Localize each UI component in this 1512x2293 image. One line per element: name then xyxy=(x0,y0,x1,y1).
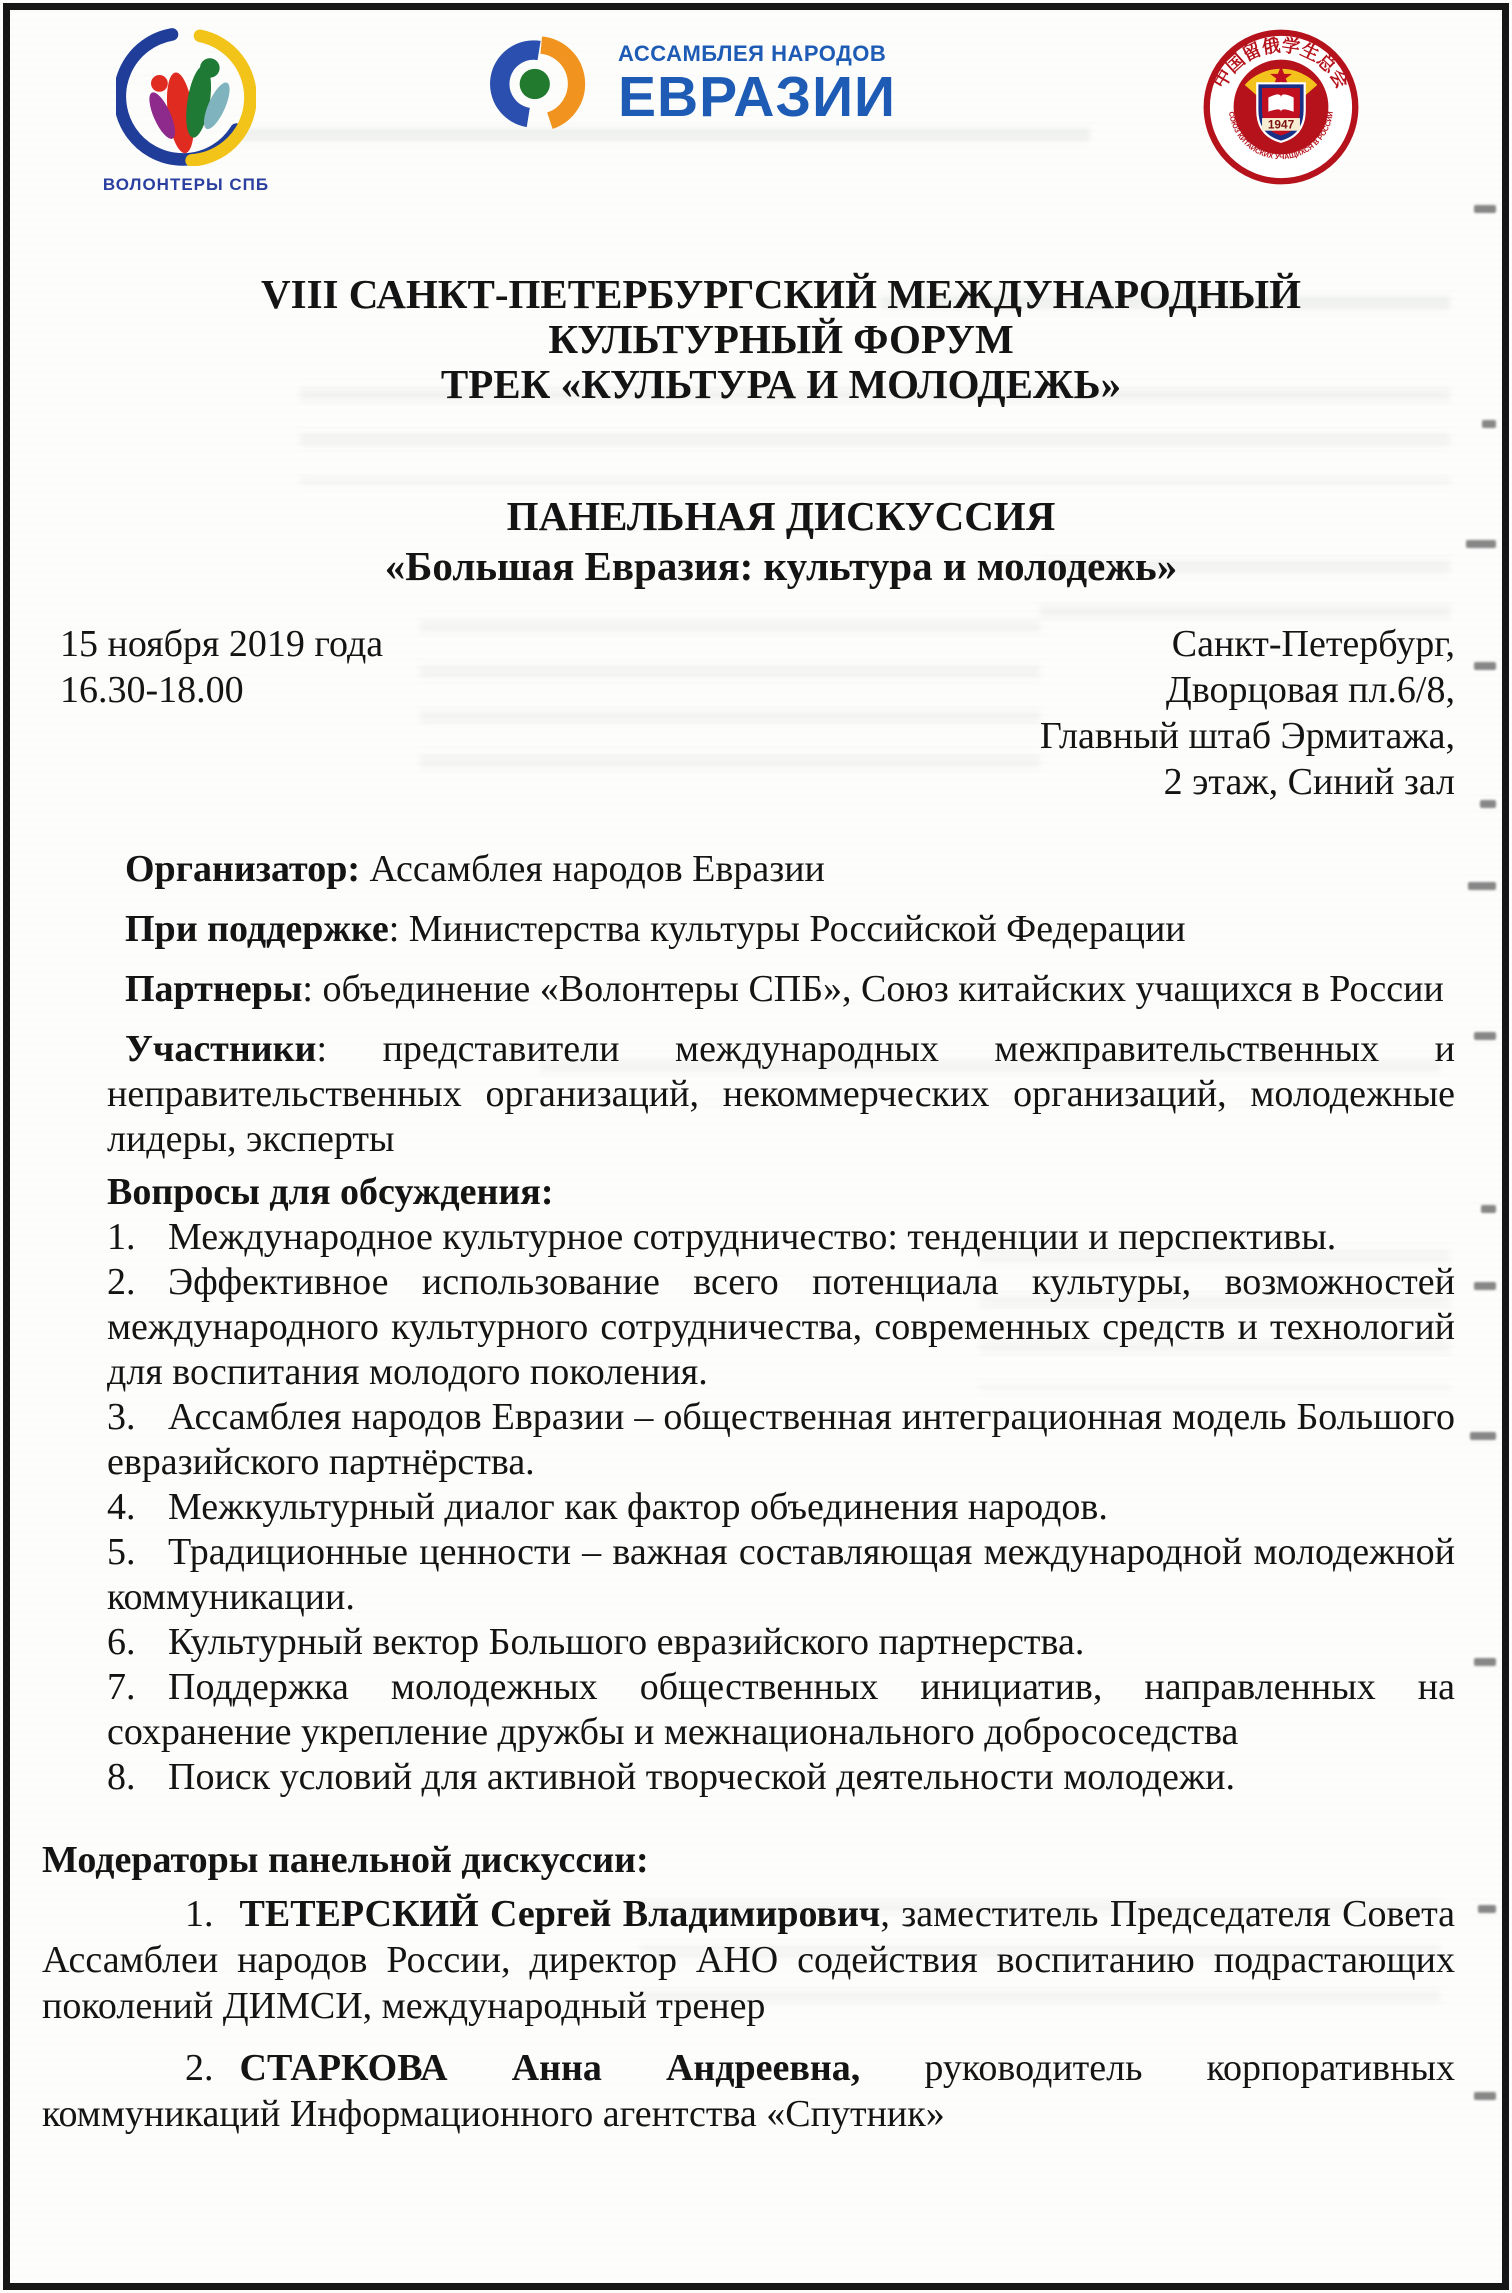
event-time: 16.30-18.00 xyxy=(60,667,383,713)
scan-artifact xyxy=(1474,205,1496,213)
discussion-heading: Вопросы для обсуждения: xyxy=(107,1170,1455,1215)
chinese-students-union-emblem: 中国留俄学生总会 СОЮЗ КИТАЙСКИХ УЧАЩИХСЯ В РОССИ… xyxy=(1202,28,1360,186)
organizer-line: Организатор: Ассамблея народов Евразии xyxy=(107,847,1455,892)
discussion-item-7: 7.Поддержка молодежных общественных иниц… xyxy=(107,1665,1455,1755)
moderators-section: Модераторы панельной дискуссии: 1.ТЕТЕРС… xyxy=(42,1838,1455,2137)
title-line-3: ТРЕК «КУЛЬТУРА И МОЛОДЕЖЬ» xyxy=(107,362,1455,407)
emblem-year: 1947 xyxy=(1268,117,1295,131)
venue-block: Санкт-Петербург, Дворцовая пл.6/8, Главн… xyxy=(1040,621,1455,805)
organizer-value: Ассамблея народов Евразии xyxy=(360,848,825,890)
partners-label: Партнеры xyxy=(125,968,302,1010)
support-value: : Министерства культуры Российской Федер… xyxy=(389,908,1186,950)
discussion-item-6: 6.Культурный вектор Большого евразийског… xyxy=(107,1620,1455,1665)
event-date: 15 ноября 2019 года xyxy=(60,621,383,667)
moderator-item-1: 1.ТЕТЕРСКИЙ Сергей Владимирович, замести… xyxy=(42,1891,1455,2029)
partners-value: : объединение «Волонтеры СПБ», Союз кита… xyxy=(302,968,1443,1010)
title-line-1: VIII САНКТ-ПЕТЕРБУРГСКИЙ МЕЖДУНАРОДНЫЙ xyxy=(107,272,1455,317)
support-label: При поддержке xyxy=(125,908,389,950)
venue-city: Санкт-Петербург, xyxy=(1040,621,1455,667)
participants-line: Участники: представители международных м… xyxy=(107,1027,1455,1162)
moderator-item-2: 2.СТАРКОВА Анна Андреевна, руководитель … xyxy=(42,2045,1455,2137)
discussion-item-8: 8.Поиск условий для активной творческой … xyxy=(107,1755,1455,1800)
support-line: При поддержке: Министерства культуры Рос… xyxy=(107,907,1455,952)
eurasia-assembly-logo: АССАМБЛЕЯ НАРОДОВ ЕВРАЗИИ xyxy=(468,30,896,138)
event-name: «Большая Евразия: культура и молодежь» xyxy=(107,541,1455,591)
volunteers-spb-logo-icon xyxy=(116,26,256,166)
document-content: VIII САНКТ-ПЕТЕРБУРГСКИЙ МЕЖДУНАРОДНЫЙ К… xyxy=(0,272,1512,2137)
discussion-item-2: 2.Эффективное использование всего потенц… xyxy=(107,1260,1455,1395)
discussion-item-5: 5.Традиционные ценности – важная составл… xyxy=(107,1530,1455,1620)
logos-header: ВОЛОНТЕРЫ СПБ АССАМБЛЕЯ НАРОДОВ ЕВРАЗИИ xyxy=(0,0,1512,200)
moderators-heading: Модераторы панельной дискуссии: xyxy=(42,1838,1455,1883)
assembly-text-line1: АССАМБЛЕЯ НАРОДОВ xyxy=(618,43,896,65)
event-heading: ПАНЕЛЬНАЯ ДИСКУССИЯ «Большая Евразия: ку… xyxy=(107,491,1455,591)
document-title: VIII САНКТ-ПЕТЕРБУРГСКИЙ МЕЖДУНАРОДНЫЙ К… xyxy=(107,272,1455,407)
scanned-document-page: ВОЛОНТЕРЫ СПБ АССАМБЛЕЯ НАРОДОВ ЕВРАЗИИ xyxy=(0,0,1512,2293)
participants-label: Участники xyxy=(125,1028,316,1070)
discussion-item-4: 4.Межкультурный диалог как фактор объеди… xyxy=(107,1485,1455,1530)
venue-building: Главный штаб Эрмитажа, xyxy=(1040,713,1455,759)
eurasia-assembly-wordmark: АССАМБЛЕЯ НАРОДОВ ЕВРАЗИИ xyxy=(618,43,896,126)
discussion-list: 1.Международное культурное сотрудничеств… xyxy=(107,1215,1455,1800)
chinese-students-union-logo: 中国留俄学生总会 СОЮЗ КИТАЙСКИХ УЧАЩИХСЯ В РОССИ… xyxy=(1202,28,1360,191)
discussion-item-3: 3.Ассамблея народов Евразии – общественн… xyxy=(107,1395,1455,1485)
discussion-item-1: 1.Международное культурное сотрудничеств… xyxy=(107,1215,1455,1260)
venue-hall: 2 этаж, Синий зал xyxy=(1040,759,1455,805)
volunteers-spb-logo: ВОЛОНТЕРЫ СПБ xyxy=(96,26,276,195)
moderator-2-name: СТАРКОВА Анна Андреевна, xyxy=(240,2047,861,2089)
organizer-label: Организатор: xyxy=(125,848,360,890)
date-venue-row: 15 ноября 2019 года 16.30-18.00 Санкт-Пе… xyxy=(60,621,1455,805)
moderator-1-name: ТЕТЕРСКИЙ Сергей Владимирович xyxy=(240,1893,881,1935)
venue-address: Дворцовая пл.6/8, xyxy=(1040,667,1455,713)
partners-line: Партнеры: объединение «Волонтеры СПБ», С… xyxy=(107,967,1455,1012)
eurasia-assembly-icon xyxy=(468,30,608,138)
event-type: ПАНЕЛЬНАЯ ДИСКУССИЯ xyxy=(107,491,1455,541)
title-line-2: КУЛЬТУРНЫЙ ФОРУМ xyxy=(107,317,1455,362)
date-time-block: 15 ноября 2019 года 16.30-18.00 xyxy=(60,621,383,805)
volunteers-spb-caption: ВОЛОНТЕРЫ СПБ xyxy=(96,175,276,195)
assembly-text-line2: ЕВРАЗИИ xyxy=(618,69,896,126)
